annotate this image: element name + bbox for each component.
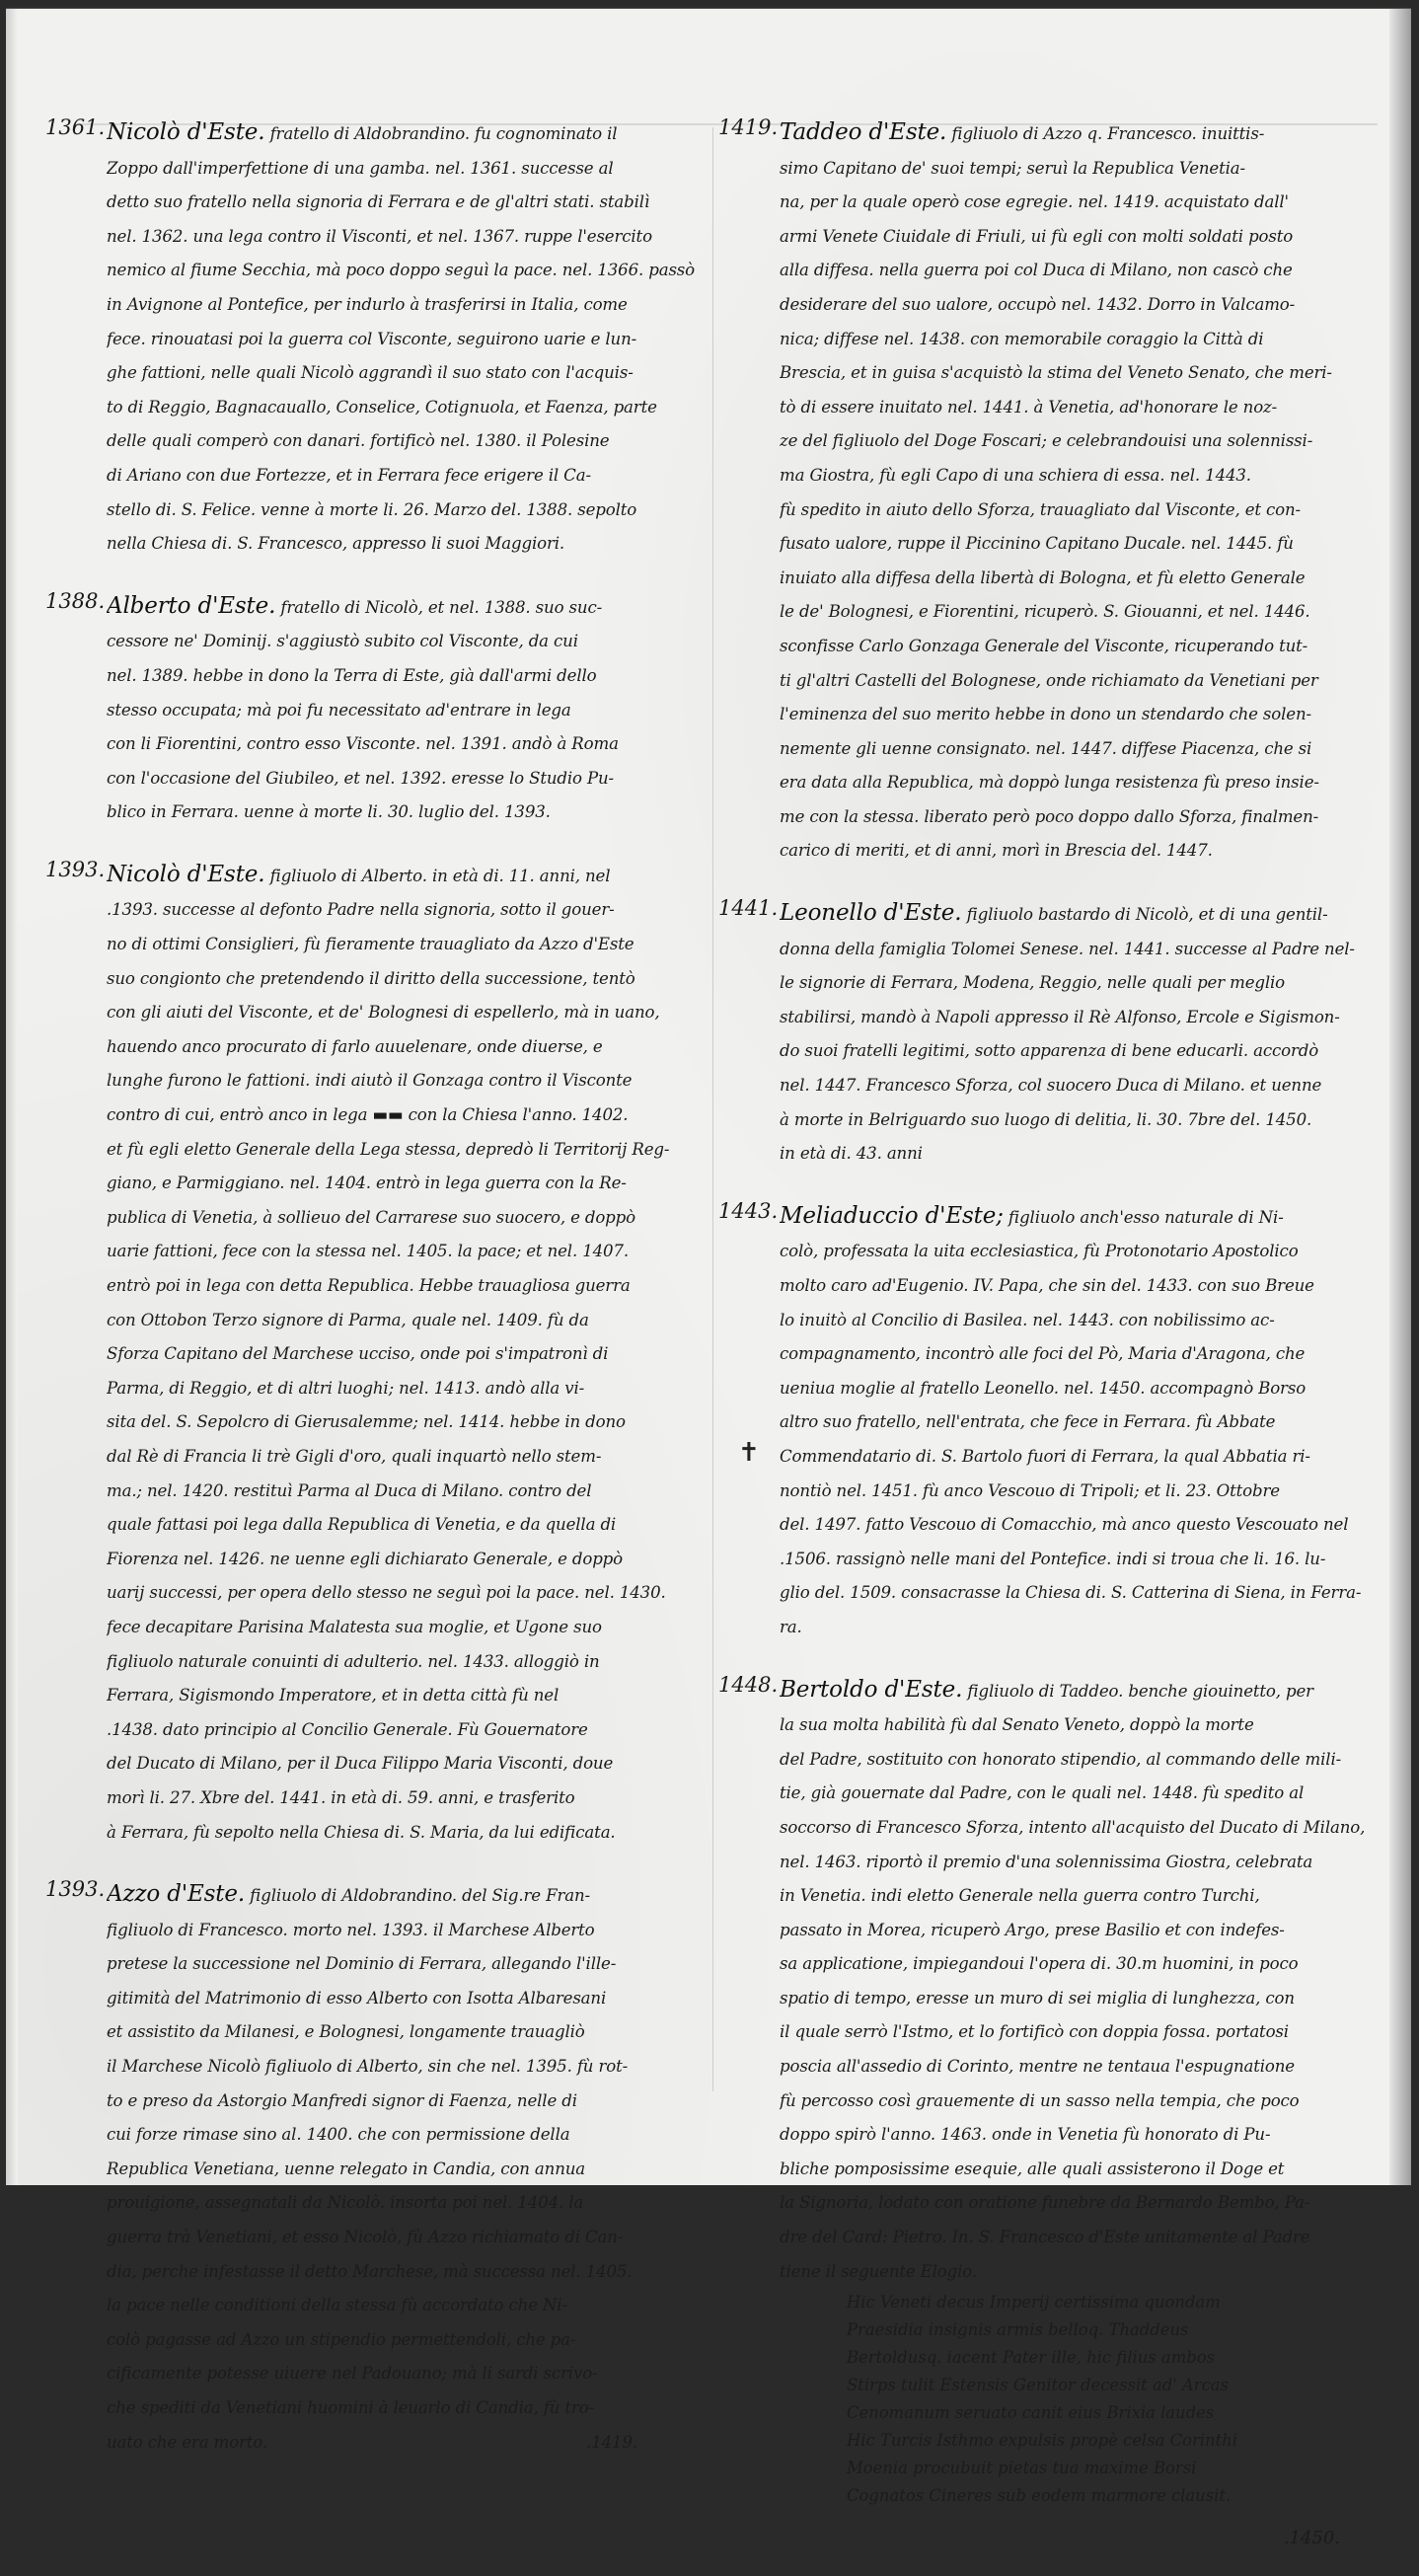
entry-text: Leonello d'Este. figliuolo bastardo di N… <box>780 896 1370 1172</box>
entry-name: Nicolò d'Este. <box>107 119 264 145</box>
entry-text: Nicolò d'Este. figliuolo di Alberto. in … <box>107 858 697 1850</box>
entry-text: Azzo d'Este. figliuolo di Aldobrandino. … <box>107 1877 697 2190</box>
entry-taddeo-1419: 1419. Taddeo d'Este. figliuolo di Azzo q… <box>718 115 1370 869</box>
manuscript-page: 1361. Nicolò d'Este. fratello di Aldobra… <box>6 8 1411 2185</box>
entry-name: Azzo d'Este. <box>107 1881 245 1907</box>
entry-name: Alberto d'Este. <box>107 593 275 619</box>
entry-nicolo-1361: 1361. Nicolò d'Este. fratello di Aldobra… <box>45 115 697 562</box>
entry-text: Alberto d'Este. fratello di Nicolò, et n… <box>107 589 697 830</box>
entry-name: Nicolò d'Este. <box>107 862 264 887</box>
entry-bertoldo-1448: 1448. Bertoldo d'Este. figliuolo di Tadd… <box>718 1673 1370 2190</box>
column-divider <box>712 127 713 2091</box>
entry-year: 1393. <box>45 1877 103 1901</box>
entry-name: Leonello d'Este. <box>780 900 961 926</box>
entry-text: Nicolò d'Este. fratello di Aldobrandino.… <box>107 115 697 562</box>
entry-year: 1443. <box>718 1199 776 1223</box>
entry-text: Taddeo d'Este. figliuolo di Azzo q. Fran… <box>780 115 1370 869</box>
entry-name: Meliaduccio d'Este; <box>780 1203 1004 1229</box>
entry-nicolo-1393: 1393. Nicolò d'Este. figliuolo di Albert… <box>45 858 697 1850</box>
entry-alberto-1388: 1388. Alberto d'Este. fratello di Nicolò… <box>45 589 697 830</box>
cross-mark-icon: ✝ <box>738 1438 760 1468</box>
page-edge-right <box>1389 9 1411 2185</box>
entry-name: Bertoldo d'Este. <box>780 1677 962 1703</box>
entry-text: Bertoldo d'Este. figliuolo di Taddeo. be… <box>780 1673 1370 2190</box>
entry-leonello-1441: 1441. Leonello d'Este. figliuolo bastard… <box>718 896 1370 1172</box>
entry-year: 1388. <box>45 589 103 613</box>
entry-year: 1419. <box>718 115 776 139</box>
page-edge-left <box>6 9 18 2185</box>
entry-name: Taddeo d'Este. <box>780 119 946 145</box>
left-column: 1361. Nicolò d'Este. fratello di Aldobra… <box>45 115 697 2190</box>
entry-year: 1393. <box>45 858 103 881</box>
entry-year: 1361. <box>45 115 103 139</box>
entry-azzo-1393: 1393. Azzo d'Este. figliuolo di Aldobran… <box>45 1877 697 2190</box>
entry-year: 1441. <box>718 896 776 920</box>
right-column: 1419. Taddeo d'Este. figliuolo di Azzo q… <box>718 115 1370 2190</box>
entry-meliaduccio-1443: 1443. ✝ Meliaduccio d'Este; figliuolo an… <box>718 1199 1370 1645</box>
entry-text: Meliaduccio d'Este; figliuolo anch'esso … <box>780 1199 1370 1645</box>
entry-year: 1448. <box>718 1673 776 1697</box>
